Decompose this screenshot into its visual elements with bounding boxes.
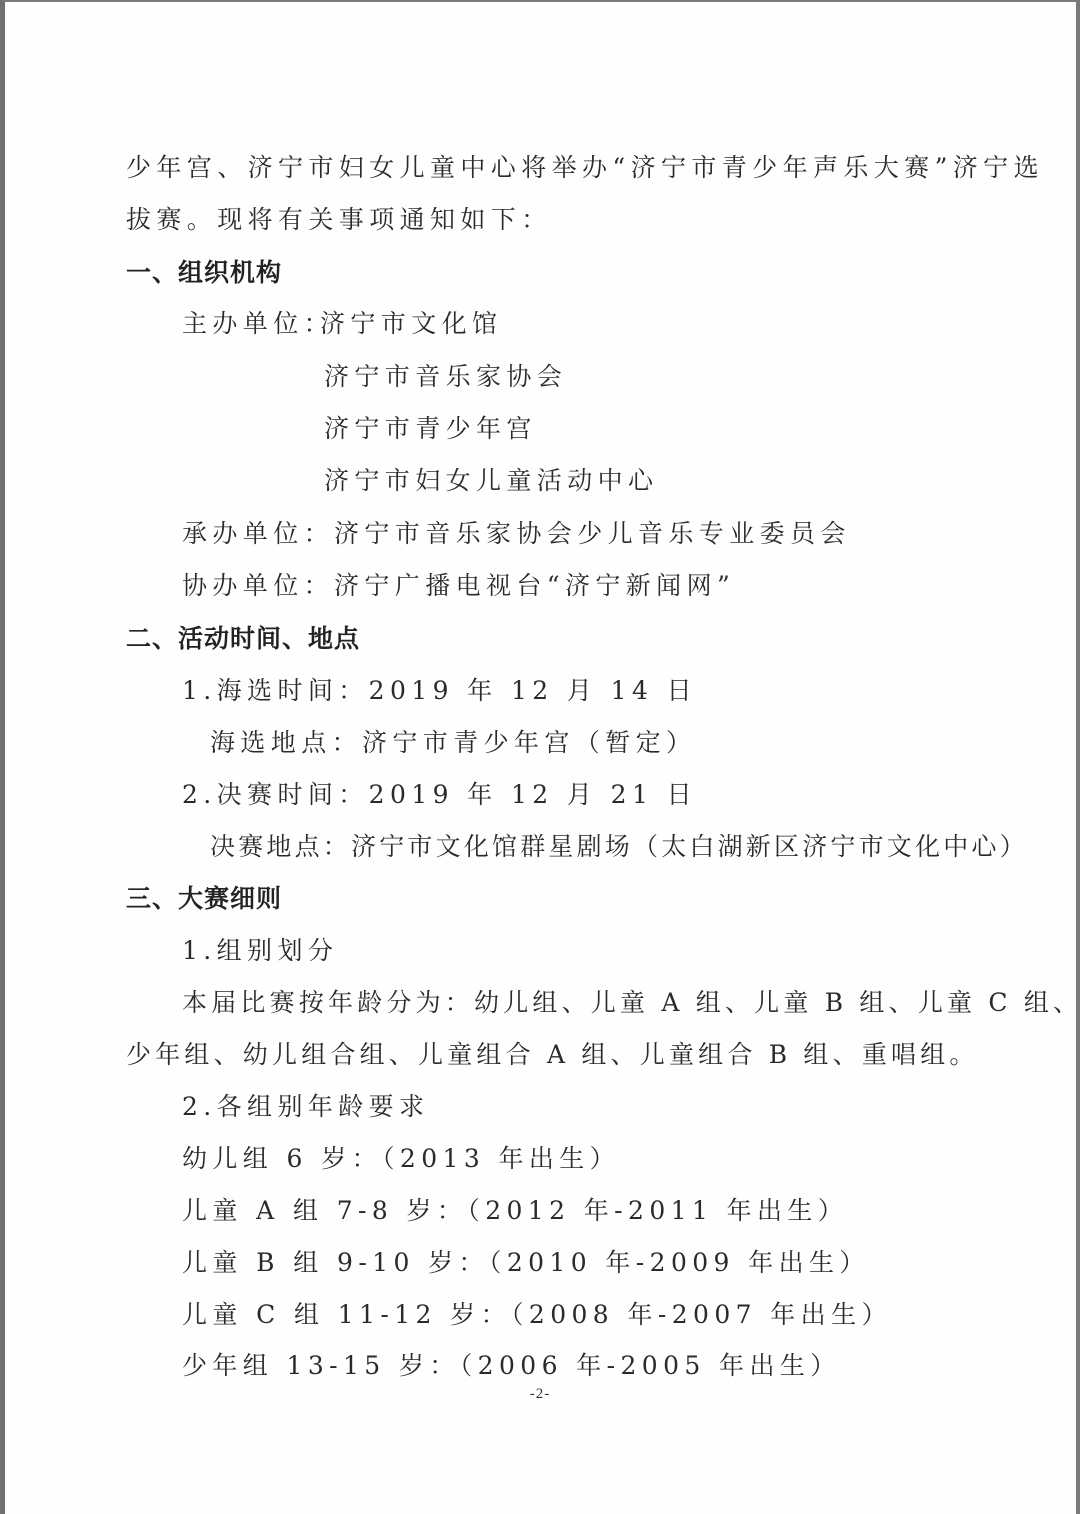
intro-line-2: 拔赛。现将有关事项通知如下： <box>126 204 552 236</box>
section-heading-rules: 三、大赛细则 <box>126 883 282 915</box>
subsection-group-division: 1.组别划分 <box>182 935 338 967</box>
host-item: 济宁市妇女儿童活动中心 <box>324 465 658 497</box>
prelim-time: 1.海选时间：2019 年 12 月 14 日 <box>182 675 697 707</box>
groups-line-1: 本届比赛按年龄分为：幼儿组、儿童 A 组、儿童 B 组、儿童 C 组、 <box>182 987 1080 1019</box>
host-item: 济宁市文化馆 <box>320 308 502 340</box>
section-heading-organization: 一、组织机构 <box>126 257 282 289</box>
organizer-line: 承办单位：济宁市音乐家协会少儿音乐专业委员会 <box>182 518 851 550</box>
age-group-item: 儿童 C 组 11-12 岁：（2008 年-2007 年出生） <box>182 1299 892 1331</box>
document-page: 少年宫、济宁市妇女儿童中心将举办“济宁市青少年声乐大赛”济宁选 拔赛。现将有关事… <box>0 0 1080 1514</box>
prelim-place: 海选地点：济宁市青少年宫（暂定） <box>210 727 696 759</box>
final-time: 2.决赛时间：2019 年 12 月 21 日 <box>182 779 697 811</box>
host-label: 主办单位： <box>182 308 334 340</box>
final-place: 决赛地点：济宁市文化馆群星剧场（太白湖新区济宁市文化中心） <box>210 831 1028 863</box>
age-group-item: 幼儿组 6 岁：（2013 年出生） <box>182 1143 620 1175</box>
page-number: -2- <box>0 1386 1080 1403</box>
age-group-item: 儿童 B 组 9-10 岁：（2010 年-2009 年出生） <box>182 1247 870 1279</box>
intro-line-1: 少年宫、济宁市妇女儿童中心将举办“济宁市青少年声乐大赛”济宁选 <box>126 152 1044 184</box>
subsection-age-requirements: 2.各组别年龄要求 <box>182 1091 429 1123</box>
host-item: 济宁市音乐家协会 <box>324 361 567 393</box>
host-item: 济宁市青少年宫 <box>324 413 537 445</box>
co-organizer-line: 协办单位：济宁广播电视台“济宁新闻网” <box>182 570 735 602</box>
age-group-item: 儿童 A 组 7-8 岁：（2012 年-2011 年出生） <box>182 1195 848 1227</box>
groups-line-2: 少年组、幼儿组合组、儿童组合 A 组、儿童组合 B 组、重唱组。 <box>126 1039 979 1071</box>
section-heading-time-place: 二、活动时间、地点 <box>126 623 360 655</box>
age-group-item: 少年组 13-15 岁：（2006 年-2005 年出生） <box>182 1350 841 1382</box>
